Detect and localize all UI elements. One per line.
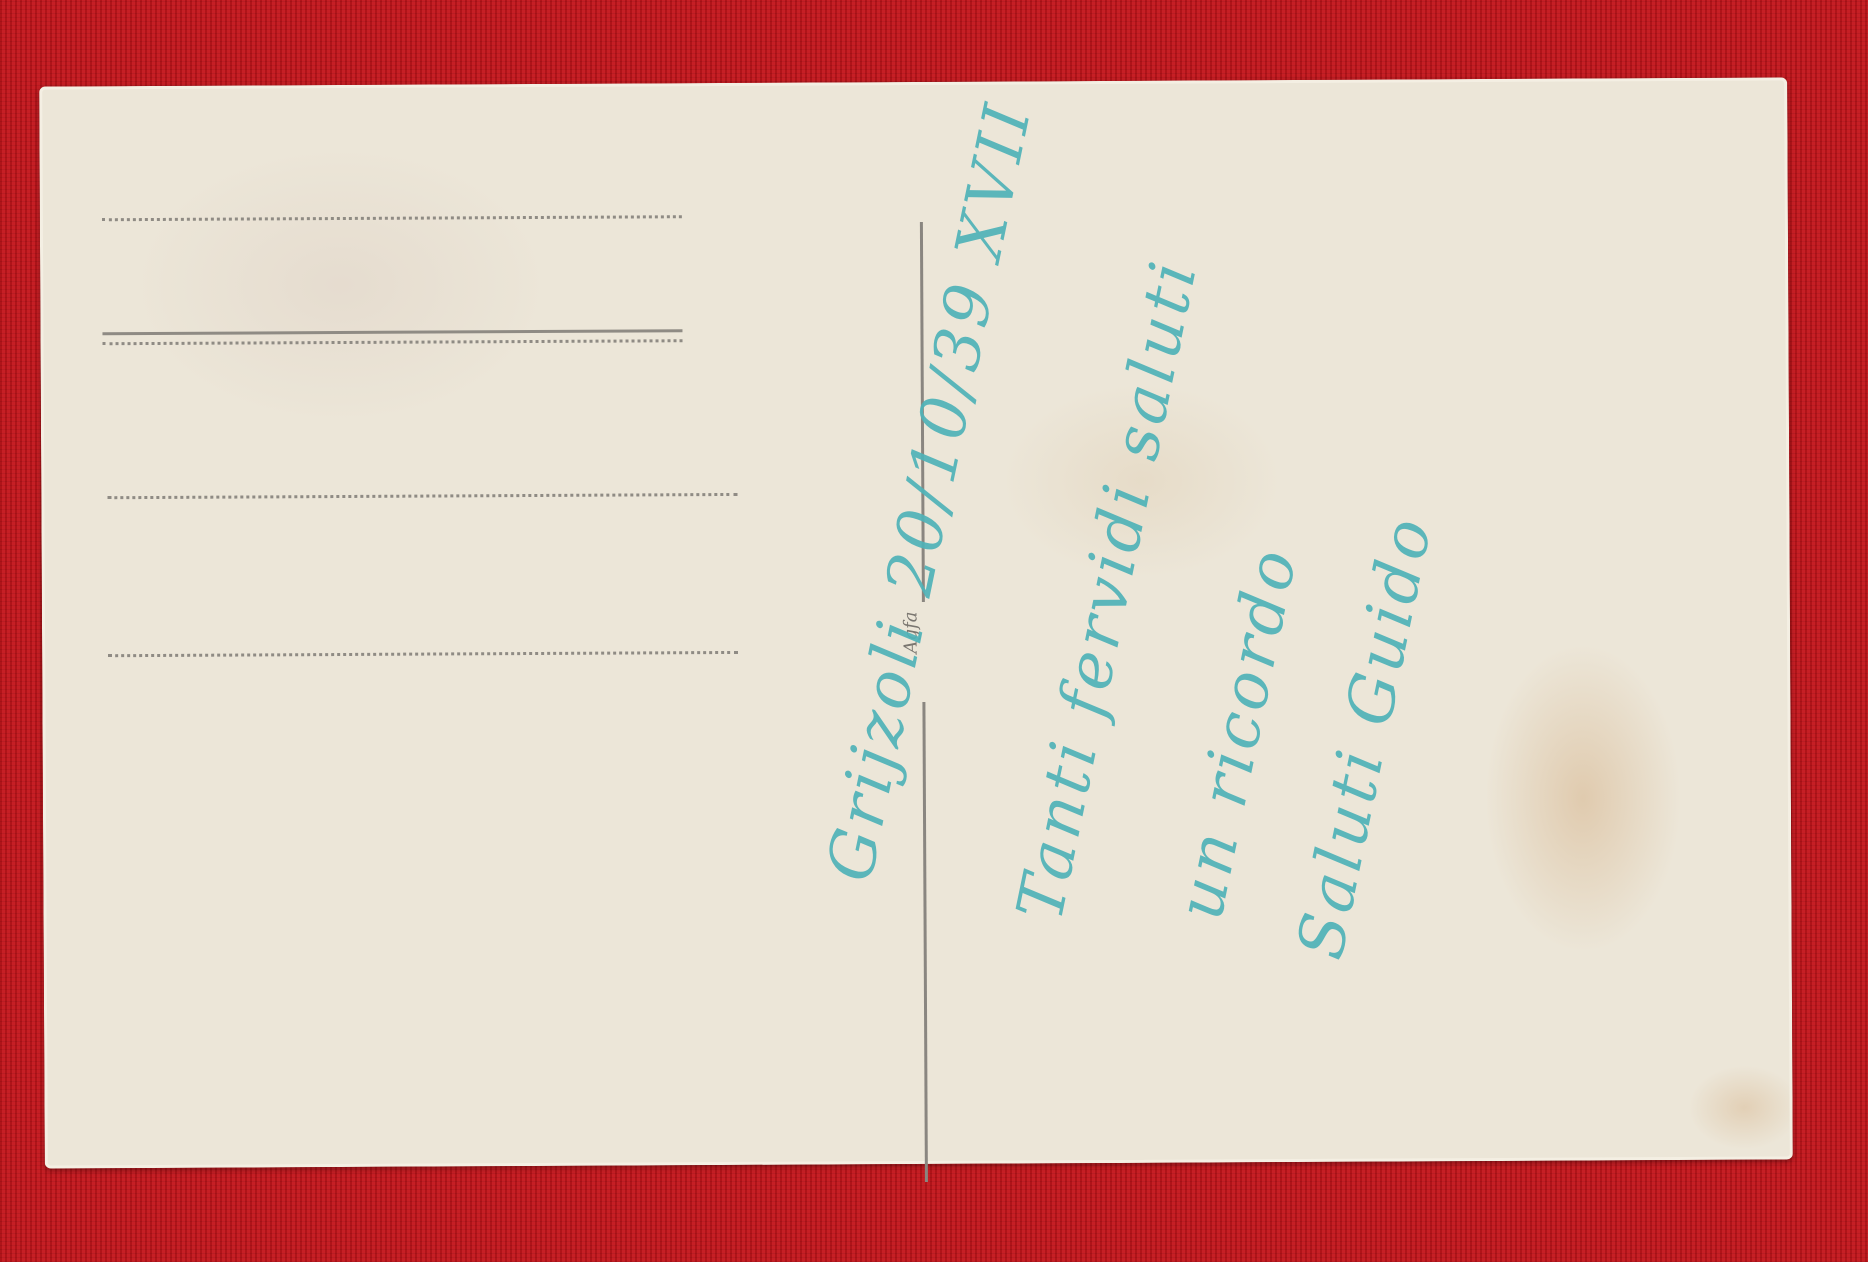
address-line-1 bbox=[102, 215, 682, 221]
address-line-4 bbox=[108, 651, 738, 657]
postcard: Agfa Grijzoli 20/10/39 XVII Tanti fervid… bbox=[39, 77, 1793, 1168]
address-line-2-dotted bbox=[103, 339, 683, 345]
address-line-3 bbox=[107, 493, 737, 499]
handwritten-signature: Saluti Guido bbox=[1284, 509, 1448, 965]
center-divider-bottom bbox=[922, 702, 928, 1182]
handwritten-line-3: un ricordo bbox=[1164, 540, 1313, 925]
address-line-2-solid bbox=[102, 329, 682, 335]
handwritten-date-line: Grijzoli 20/10/39 XVII bbox=[813, 95, 1046, 887]
